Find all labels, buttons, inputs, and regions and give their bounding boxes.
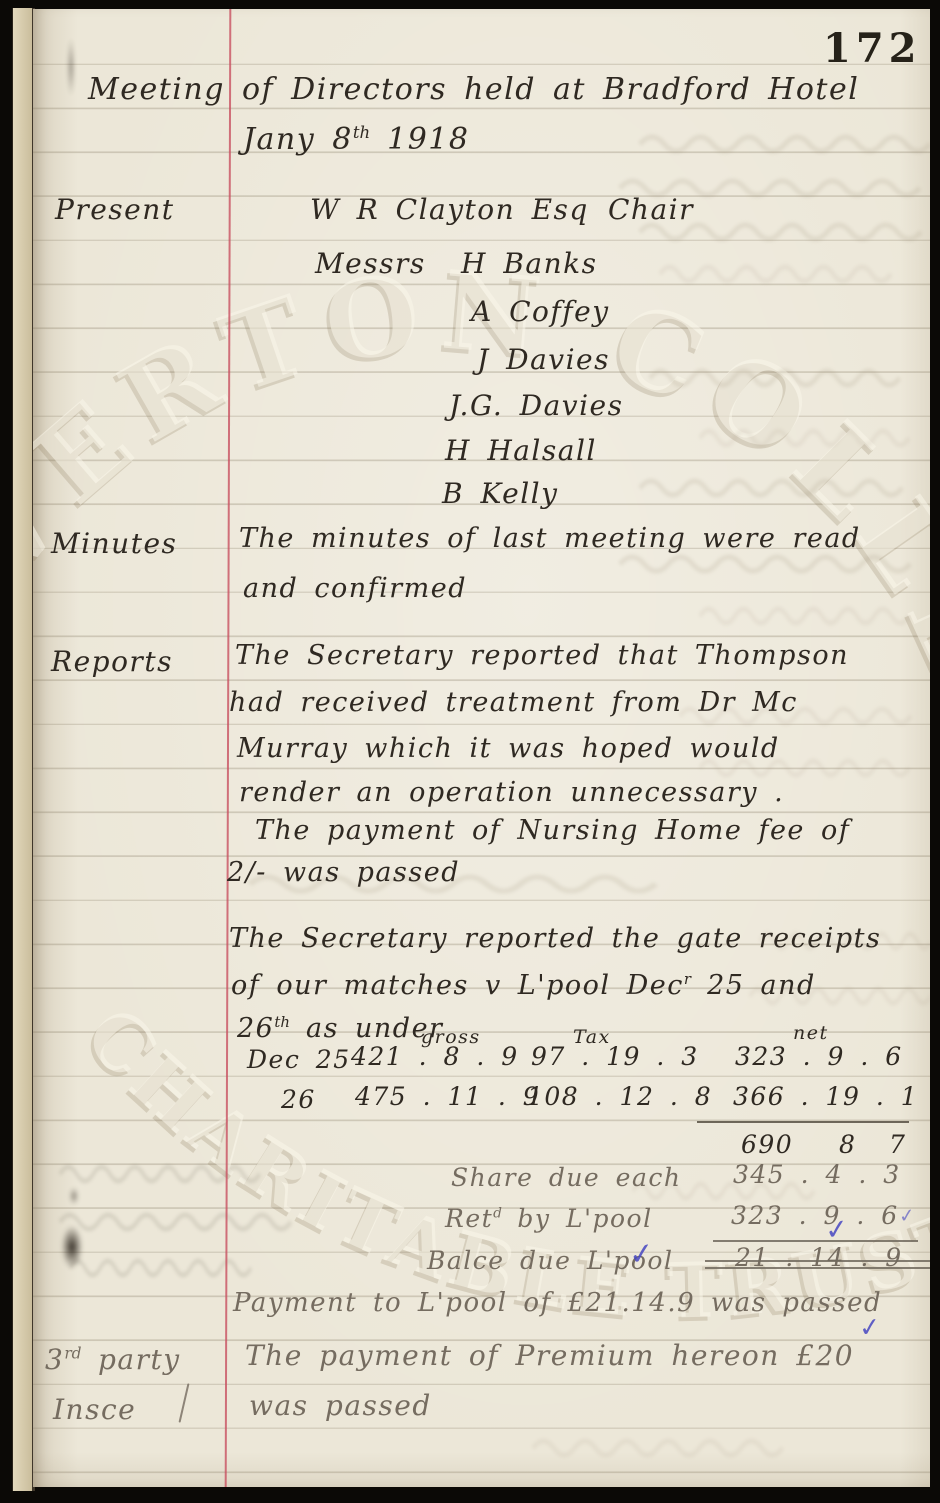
third-party-insurance-label: 3rd party: [45, 1345, 181, 1376]
meeting-heading: Meeting of Directors held at Bradford Ho…: [88, 73, 859, 106]
table-cell-tax: 97 . 19 . 3: [531, 1043, 699, 1071]
retained-by-lpool-amount: 323 . 9 . 6: [731, 1202, 899, 1230]
member-name: H Halsall: [445, 436, 597, 467]
third-party-insurance-label-line2: Insce: [53, 1395, 136, 1426]
table-row-date: 26: [281, 1086, 316, 1114]
sum-rule: [713, 1240, 918, 1242]
messrs-label: Messrs: [315, 249, 426, 280]
premium-payment-line: The payment of Premium hereon £20: [245, 1341, 854, 1372]
member-name: J.G. Davies: [449, 391, 623, 422]
retd-sup: d: [493, 1206, 502, 1222]
blue-tick-icon: ✓: [857, 1312, 882, 1344]
total-shillings: 8: [839, 1131, 856, 1159]
ink-smudge: [69, 1187, 79, 1205]
meeting-date-suffix: th: [353, 123, 370, 142]
reports-text-line: The Secretary reported that Thompson: [235, 641, 849, 671]
minutes-label: Minutes: [51, 529, 177, 560]
chairman-name: W R Clayton Esq: [310, 195, 589, 226]
gate-receipts-line: of our matches v L'pool Decr 25 and: [231, 971, 816, 1001]
table-cell-gross: 475 . 11 . 9: [355, 1083, 540, 1111]
gate-line-sup: r: [684, 970, 691, 988]
page-number: 172: [823, 27, 922, 71]
meeting-date: Jany 8th 1918: [243, 123, 469, 156]
table-cell-tax: 108 . 12 . 8: [527, 1083, 712, 1111]
gate-line-rest: 25 and: [691, 970, 816, 1001]
label-rest: party: [82, 1343, 181, 1376]
ledger-page: THE EVERTON COLLECTION THE EVERTON COLLE…: [33, 9, 930, 1487]
payment-note: Payment to L'pool of £21.14.9 was passed: [233, 1289, 882, 1318]
double-total-rule: [705, 1260, 930, 1269]
nursing-fee-line: 2/- was passed: [227, 858, 460, 888]
member-name: H Banks: [461, 249, 597, 280]
label-main: 3: [45, 1343, 64, 1376]
retd-rest: by L'pool: [502, 1204, 653, 1233]
blue-tick-icon: ✓: [823, 1212, 850, 1247]
meeting-date-main: Jany 8: [243, 122, 353, 157]
reports-text-line: render an operation unnecessary .: [239, 778, 784, 808]
gate-receipts-line: The Secretary reported the gate receipts: [229, 924, 881, 954]
gate-line-main: of our matches v L'pool Dec: [231, 970, 684, 1001]
gate-receipts-line: 26th as under: [237, 1014, 443, 1044]
reports-text-line: had received treatment from Dr Mc: [229, 688, 798, 718]
total-pence: 7: [889, 1131, 906, 1159]
minutes-text-line: and confirmed: [243, 574, 467, 604]
member-name: J Davies: [477, 345, 610, 376]
gate-line-main: 26: [237, 1013, 274, 1044]
blue-tick-icon: ✓: [898, 1204, 916, 1228]
column-header-net: net: [793, 1023, 829, 1044]
previous-page-edge: [12, 8, 35, 1491]
reports-label: Reports: [51, 647, 173, 678]
total-pounds: 690: [741, 1131, 793, 1159]
table-row-date: Dec 25: [247, 1046, 351, 1074]
table-cell-net: 323 . 9 . 6: [735, 1043, 903, 1071]
retd-main: Ret: [445, 1204, 493, 1233]
table-cell-gross: 421 . 8 . 9: [351, 1043, 519, 1071]
minutes-text-line: The minutes of last meeting were read: [239, 524, 861, 554]
nursing-fee-line: The payment of Nursing Home fee of: [255, 816, 850, 846]
retained-by-lpool-label: Retd by L'pool: [445, 1205, 653, 1233]
ink-smudge: [61, 1225, 83, 1269]
blue-tick-icon: ✓: [627, 1236, 656, 1273]
gate-line-sup: th: [274, 1013, 290, 1031]
ink-smudge: [67, 37, 75, 97]
sum-rule: [697, 1121, 909, 1123]
chairman-role: Chair: [608, 195, 694, 226]
photograph-of-minute-book: { "page": { "number": "172", "heading": …: [0, 0, 940, 1503]
table-cell-net: 366 . 19 . 1: [733, 1083, 918, 1111]
member-name: A Coffey: [471, 297, 610, 328]
member-name: B Kelly: [442, 479, 558, 510]
share-due-label: Share due each: [451, 1164, 681, 1192]
present-label: Present: [55, 195, 175, 226]
label-sup: rd: [64, 1345, 81, 1363]
premium-payment-line: was passed: [249, 1391, 432, 1422]
share-due-amount: 345 . 4 . 3: [733, 1161, 901, 1189]
meeting-date-year: 1918: [370, 122, 469, 157]
reports-text-line: Murray which it was hoped would: [237, 734, 780, 764]
